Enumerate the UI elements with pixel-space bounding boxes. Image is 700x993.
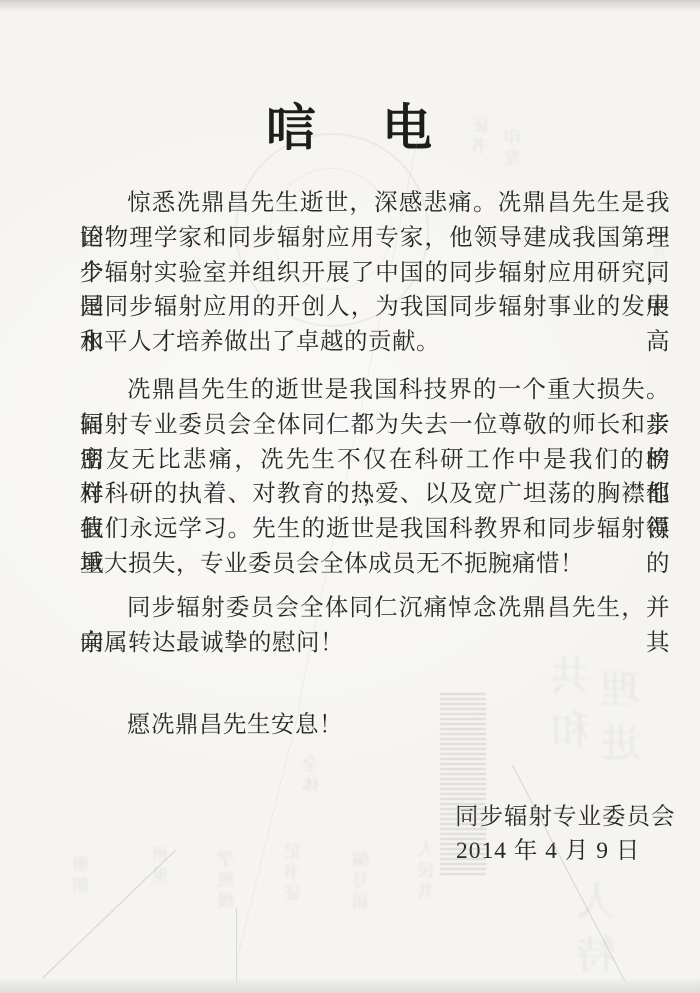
text-line: 冼鼎昌先生的逝世是我国科技界的一个重大损失。同步 bbox=[80, 373, 670, 408]
text-line: 重大损失，专业委员会全体成员无不扼腕痛惜！ bbox=[80, 547, 670, 582]
text-line: 愿冼鼎昌先生安息！ bbox=[80, 708, 670, 743]
bleedthrough-column: 编号届 bbox=[350, 850, 375, 913]
text-line: 辐射专业委员会全体同仁都为失去一位尊敬的师长和亲密的 bbox=[80, 408, 670, 443]
bleedthrough-column: 人民共 bbox=[415, 840, 440, 903]
bleedthrough-column: 册朗 bbox=[70, 855, 95, 897]
crease-line bbox=[42, 850, 176, 979]
barcode-ghost bbox=[440, 693, 486, 878]
text-line: 同步辐射委员会全体同仁沉痛悼念冼鼎昌先生，并向其 bbox=[80, 591, 670, 626]
bleedthrough-column: 记书证 bbox=[282, 842, 307, 905]
page-title: 唁 电 bbox=[0, 88, 700, 160]
text-line: 对科研的执着、对教育的热爱、以及宽广坦荡的胸襟都值得 bbox=[80, 477, 670, 512]
bleedthrough-column: 州里 bbox=[150, 845, 175, 887]
text-line: 国同步辐射应用的开创人，为我国同步辐射事业的发展和高 bbox=[80, 290, 670, 325]
text-line: 我们永远学习。先生的逝世是我国科教界和同步辐射领域的 bbox=[80, 512, 670, 547]
title-char: 电 bbox=[382, 88, 434, 160]
text-line: 论物理学家和同步辐射应用专家，他领导建成我国第一个同 bbox=[80, 221, 670, 256]
bleedthrough-column: 全体 bbox=[300, 755, 325, 797]
text-line: 朋友无比悲痛，冼先生不仅在科研工作中是我们的榜样，他 bbox=[80, 443, 670, 478]
paragraph: 愿冼鼎昌先生安息！ bbox=[80, 708, 670, 743]
bleedthrough-column: 学班级 bbox=[215, 850, 240, 913]
title-char: 唁 bbox=[266, 88, 318, 160]
text-line: 步辐射实验室并组织开展了中国的同步辐射应用研究，是中 bbox=[80, 256, 670, 291]
signature: 同步辐射专业委员会 bbox=[455, 797, 676, 831]
paragraph: 冼鼎昌先生的逝世是我国科技界的一个重大损失。同步 辐射专业委员会全体同仁都为失去… bbox=[80, 373, 670, 582]
scan-edge-shadow-top bbox=[0, 0, 700, 12]
paragraph: 同步辐射委员会全体同仁沉痛悼念冼鼎昌先生，并向其 亲属转达最诚挚的慰问！ bbox=[80, 591, 670, 661]
scanned-letter-page: 证书 印发 年月日 唁 电 惊悉冼鼎昌先生逝世，深感悲痛。冼鼎昌先生是我国理 论… bbox=[0, 0, 700, 993]
scan-edge-shadow-bottom bbox=[0, 977, 700, 993]
text-line: 惊悉冼鼎昌先生逝世，深感悲痛。冼鼎昌先生是我国理 bbox=[80, 186, 670, 221]
bleedthrough-column: 人特 bbox=[570, 880, 627, 988]
